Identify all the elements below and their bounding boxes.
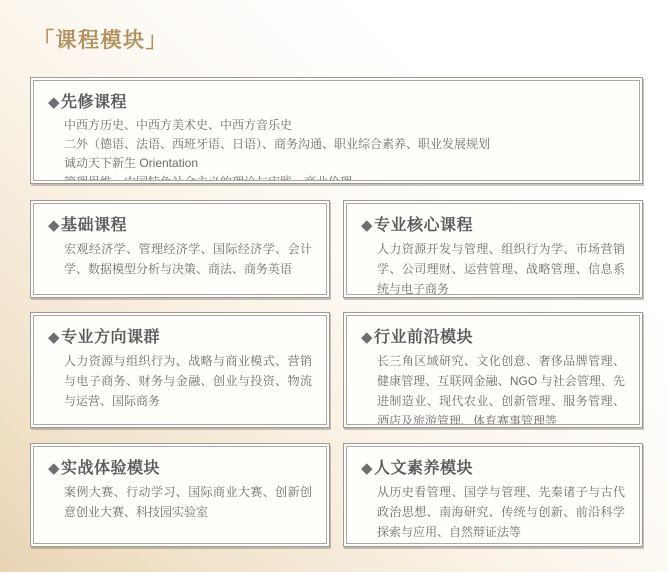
diamond-bullet-icon: ◆ xyxy=(361,460,373,477)
module-box-frontier: ◆行业前沿模块 长三角区域研究、文化创意、奢侈品牌管理、健康管理、互联网金融、N… xyxy=(343,312,643,428)
module-heading-label: 实战体验模块 xyxy=(61,460,160,477)
module-box-inner: ◆人文素养模块 从历史看管理、国学与管理、先秦诸子与古代政治思想、南海研究、传统… xyxy=(346,446,640,544)
module-heading: ◆专业核心课程 xyxy=(361,212,625,235)
module-heading: ◆行业前沿模块 xyxy=(361,324,625,347)
module-box-basic: ◆基础课程 宏观经济学、管理经济学、国际经济学、会计学、数据模型分析与决策、商法… xyxy=(30,200,330,298)
course-modules-page: 「课程模块」 ◆先修课程 中西方历史、中西方美术史、中西方音乐史 二外（德语、法… xyxy=(0,0,668,572)
module-heading-label: 行业前沿模块 xyxy=(374,329,473,346)
module-box-prerequisite: ◆先修课程 中西方历史、中西方美术史、中西方音乐史 二外（德语、法语、西班牙语、… xyxy=(30,77,643,184)
module-body: 宏观经济学、管理经济学、国际经济学、会计学、数据模型分析与决策、商法、商务英语 xyxy=(64,239,312,279)
module-box-humanities: ◆人文素养模块 从历史看管理、国学与管理、先秦诸子与古代政治思想、南海研究、传统… xyxy=(343,443,643,547)
module-body: 案例大赛、行动学习、国际商业大赛、创新创意创业大赛、科技园实验室 xyxy=(64,482,312,522)
module-box-inner: ◆先修课程 中西方历史、中西方美术史、中西方音乐史 二外（德语、法语、西班牙语、… xyxy=(33,80,640,181)
module-heading-label: 人文素养模块 xyxy=(374,460,473,477)
module-line: 诚动天下新生 Orientation xyxy=(64,154,625,173)
diamond-bullet-icon: ◆ xyxy=(48,217,60,234)
module-body: 长三角区域研究、文化创意、奢侈品牌管理、健康管理、互联网金融、NGO 与社会管理… xyxy=(377,351,625,425)
module-body: 从历史看管理、国学与管理、先秦诸子与古代政治思想、南海研究、传统与创新、前沿科学… xyxy=(377,482,625,542)
module-box-inner: ◆实战体验模块 案例大赛、行动学习、国际商业大赛、创新创意创业大赛、科技园实验室 xyxy=(33,446,327,544)
module-heading-label: 专业核心课程 xyxy=(374,217,473,234)
diamond-bullet-icon: ◆ xyxy=(48,329,60,346)
module-line: 管理思维、中国特色社会主义的理论与实践、商业伦理 xyxy=(64,173,625,181)
module-box-inner: ◆基础课程 宏观经济学、管理经济学、国际经济学、会计学、数据模型分析与决策、商法… xyxy=(33,203,327,295)
module-heading: ◆基础课程 xyxy=(48,212,312,235)
module-box-inner: ◆行业前沿模块 长三角区域研究、文化创意、奢侈品牌管理、健康管理、互联网金融、N… xyxy=(346,315,640,425)
module-box-inner: ◆专业核心课程 人力资源开发与管理、组织行为学、市场营销学、公司理财、运营管理、… xyxy=(346,203,640,295)
module-heading-label: 专业方向课群 xyxy=(61,329,160,346)
module-heading: ◆先修课程 xyxy=(48,89,625,112)
module-line: 二外（德语、法语、西班牙语、日语）、商务沟通、职业综合素养、职业发展规划 xyxy=(64,135,625,154)
page-title: 「课程模块」 xyxy=(33,24,168,54)
module-heading-label: 基础课程 xyxy=(61,217,127,234)
module-heading-label: 先修课程 xyxy=(61,94,127,111)
module-heading: ◆人文素养模块 xyxy=(361,455,625,478)
diamond-bullet-icon: ◆ xyxy=(361,329,373,346)
module-heading: ◆专业方向课群 xyxy=(48,324,312,347)
module-box-direction: ◆专业方向课群 人力资源与组织行为、战略与商业模式、营销与电子商务、财务与金融、… xyxy=(30,312,330,428)
module-box-inner: ◆专业方向课群 人力资源与组织行为、战略与商业模式、营销与电子商务、财务与金融、… xyxy=(33,315,327,425)
diamond-bullet-icon: ◆ xyxy=(48,460,60,477)
diamond-bullet-icon: ◆ xyxy=(361,217,373,234)
module-box-practical: ◆实战体验模块 案例大赛、行动学习、国际商业大赛、创新创意创业大赛、科技园实验室 xyxy=(30,443,330,547)
module-body: 人力资源开发与管理、组织行为学、市场营销学、公司理财、运营管理、战略管理、信息系… xyxy=(377,239,625,295)
module-body: 人力资源与组织行为、战略与商业模式、营销与电子商务、财务与金融、创业与投资、物流… xyxy=(64,351,312,411)
module-line: 中西方历史、中西方美术史、中西方音乐史 xyxy=(64,116,625,135)
module-heading: ◆实战体验模块 xyxy=(48,455,312,478)
diamond-bullet-icon: ◆ xyxy=(48,94,60,111)
module-box-core: ◆专业核心课程 人力资源开发与管理、组织行为学、市场营销学、公司理财、运营管理、… xyxy=(343,200,643,298)
